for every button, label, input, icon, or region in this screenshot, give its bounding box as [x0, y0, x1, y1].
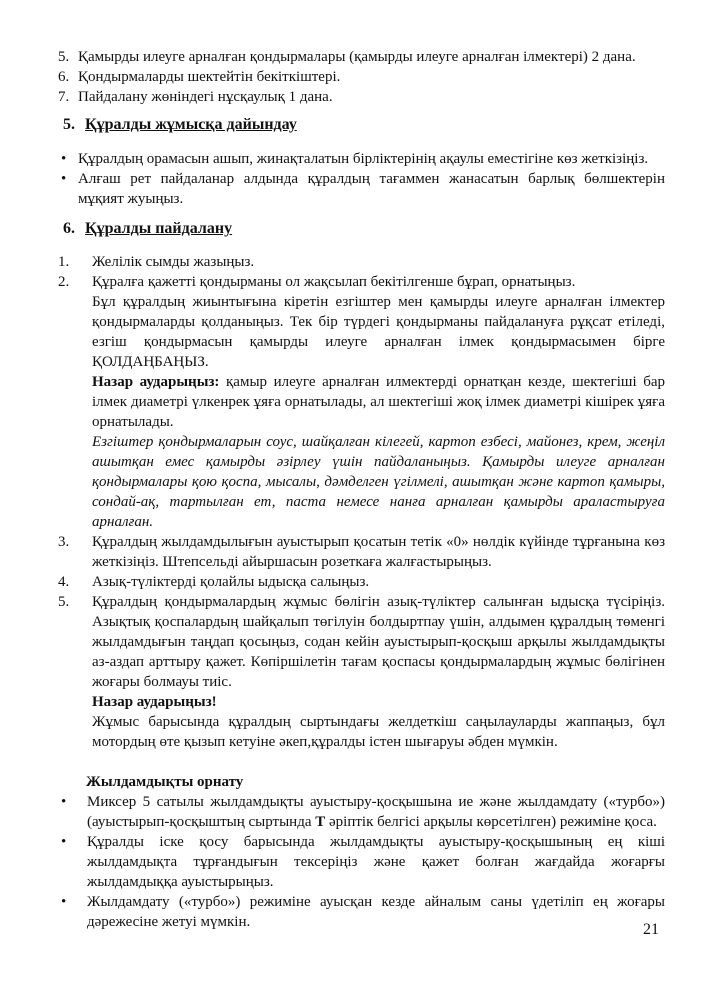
step-2-note: Назар аударыңыз: қамыр илеуге арналған и…: [92, 372, 665, 432]
step-1: 1. Желілік сымды жазыңыз.: [58, 252, 665, 272]
list-marker: 2.: [58, 272, 92, 292]
section-5-heading: 5. Құралды жұмысқа дайындау: [58, 115, 665, 135]
step-4: 4. Азық-түліктерді қолайлы ыдысқа салыңы…: [58, 572, 665, 592]
section-6-heading: 6. Құралды пайдалану: [58, 219, 665, 239]
list-marker: 5.: [58, 592, 92, 612]
parts-list-item-text: Пайдалану жөніндегі нұсқаулық 1 дана.: [78, 87, 665, 107]
step-text: Құралдың қондырмалардың жұмыс бөлігін аз…: [92, 592, 665, 752]
section-6-number: 6.: [63, 219, 85, 239]
bullet-marker: •: [58, 149, 78, 169]
parts-list-item: 5. Қамырды илеуге арналған қондырмалары …: [58, 47, 665, 67]
section-6-title: Құралды пайдалану: [85, 219, 232, 239]
bullet-text: Құралдың орамасын ашып, жинақталатын бір…: [78, 149, 665, 169]
speed-section-heading: Жылдамдықты орнату: [58, 772, 665, 792]
step-text: Құралға қажетті қондырманы ол жақсылап б…: [92, 272, 665, 532]
bullet-item: • Құралды іске қосу барысында жылдамдықт…: [58, 832, 665, 892]
list-marker: 3.: [58, 532, 92, 552]
list-marker: 7.: [58, 87, 78, 107]
bullet-text: Миксер 5 сатылы жылдамдықты ауыстыру-қос…: [87, 792, 665, 832]
parts-list-item: 7. Пайдалану жөніндегі нұсқаулық 1 дана.: [58, 87, 665, 107]
bullet-marker: •: [58, 832, 87, 852]
bullet-marker: •: [58, 792, 87, 812]
parts-list-item: 6. Қондырмаларды шектейтін бекіткіштері.: [58, 67, 665, 87]
step-text: Желілік сымды жазыңыз.: [92, 252, 665, 272]
page-number: 21: [643, 920, 659, 940]
bullet-item: • Миксер 5 сатылы жылдамдықты ауыстыру-қ…: [58, 792, 665, 832]
bullet-item: • Құралдың орамасын ашып, жинақталатын б…: [58, 149, 665, 169]
step-2-italic-note: Езгіштер қондырмаларын соус, шайқалған к…: [92, 432, 665, 532]
list-marker: 6.: [58, 67, 78, 87]
bullet-marker: •: [58, 169, 78, 189]
bullet-text: Жылдамдату («турбо») режиміне ауысқан ке…: [87, 892, 665, 932]
list-marker: 5.: [58, 47, 78, 67]
step-3: 3. Құралдың жылдамдылығын ауыстырып қоса…: [58, 532, 665, 572]
note-label: Назар аударыңыз!: [92, 692, 665, 712]
bullet-text: Құралды іске қосу барысында жылдамдықты …: [87, 832, 665, 892]
section-5-title: Құралды жұмысқа дайындау: [85, 115, 297, 135]
step-5-main: Құралдың қондырмалардың жұмыс бөлігін аз…: [92, 592, 665, 692]
list-marker: 4.: [58, 572, 92, 592]
bullet-1-bold-letter: Т: [315, 814, 325, 830]
parts-list-item-text: Қондырмаларды шектейтін бекіткіштері.: [78, 67, 665, 87]
parts-list: 5. Қамырды илеуге арналған қондырмалары …: [58, 47, 665, 107]
step-2-main: Құралға қажетті қондырманы ол жақсылап б…: [92, 272, 665, 292]
step-5: 5. Құралдың қондырмалардың жұмыс бөлігін…: [58, 592, 665, 752]
bullet-1-after: әріптік белгісі арқылы көрсетілген) режи…: [325, 814, 657, 830]
section-5-bullets: • Құралдың орамасын ашып, жинақталатын б…: [58, 149, 665, 209]
document-page: 5. Қамырды илеуге арналған қондырмалары …: [0, 0, 705, 1000]
step-2: 2. Құралға қажетті қондырманы ол жақсыла…: [58, 272, 665, 532]
note-label: Назар аударыңыз:: [92, 374, 219, 390]
usage-steps: 1. Желілік сымды жазыңыз. 2. Құралға қаж…: [58, 252, 665, 752]
step-2-paragraph: Бұл құралдың жиынтығына кіретін езгіштер…: [92, 292, 665, 372]
bullet-text: Алғаш рет пайдаланар алдында құралдың та…: [78, 169, 665, 209]
step-text: Құралдың жылдамдылығын ауыстырып қосатын…: [92, 532, 665, 572]
bullet-item: • Алғаш рет пайдаланар алдында құралдың …: [58, 169, 665, 209]
step-text: Азық-түліктерді қолайлы ыдысқа салыңыз.: [92, 572, 665, 592]
bullet-marker: •: [58, 892, 87, 912]
section-5-number: 5.: [63, 115, 85, 135]
bullet-item: • Жылдамдату («турбо») режиміне ауысқан …: [58, 892, 665, 932]
speed-section-bullets: • Миксер 5 сатылы жылдамдықты ауыстыру-қ…: [58, 792, 665, 932]
note-text: Жұмыс барысында құралдың сыртындағы желд…: [92, 712, 665, 752]
list-marker: 1.: [58, 252, 92, 272]
parts-list-item-text: Қамырды илеуге арналған қондырмалары (қа…: [78, 47, 665, 67]
